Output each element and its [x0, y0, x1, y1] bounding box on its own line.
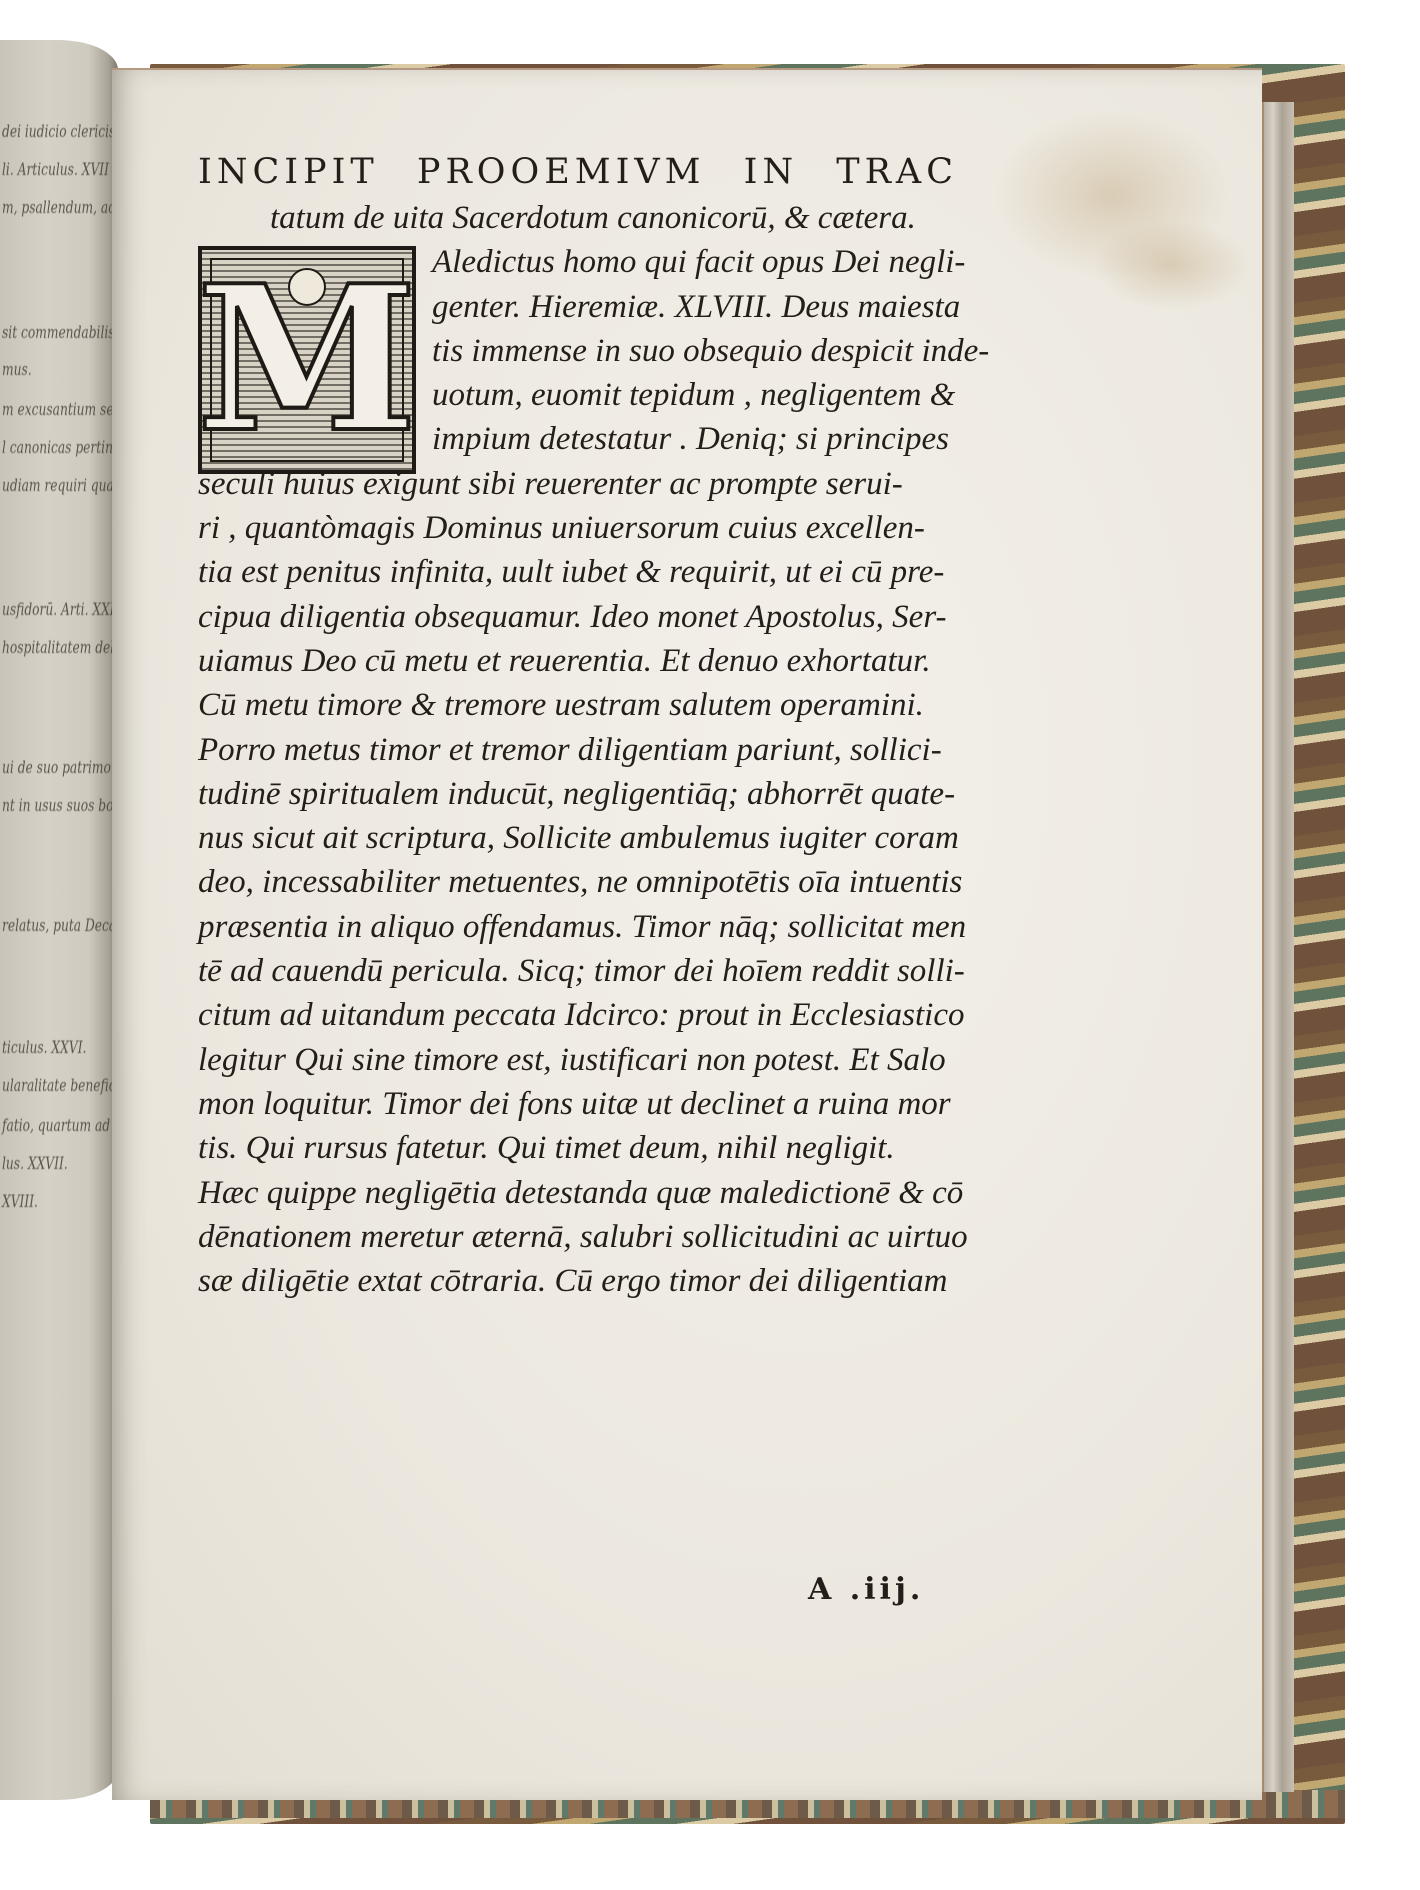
page-heading: INCIPIT PROOEMIVM IN TRAC — [198, 148, 1078, 196]
text-line: legitur Qui sine timore est, iustificari… — [198, 1038, 1078, 1082]
text-line: Hæc quippe negligētia detestanda quæ mal… — [198, 1171, 1078, 1215]
cherub-icon — [288, 268, 326, 306]
left-page-text-fragment: l canonicas pertinen — [2, 438, 118, 458]
initial-paragraph: M Aledictus homo qui facit opus Dei negl… — [198, 240, 1078, 461]
text-line: uiamus Deo cū metu et reuerentia. Et den… — [198, 639, 1078, 683]
text-line: tudinē spiritualem inducūt, negligentiāq… — [198, 772, 1078, 816]
left-page-text-fragment: ularalitate beneficio — [2, 1076, 118, 1096]
text-line: cipua diligentia obsequamur. Ideo monet … — [198, 595, 1078, 639]
left-page-text-fragment: udiam requiri qua — [2, 476, 114, 496]
left-page-text-fragment: hospitalitatem debe — [2, 638, 118, 658]
text-line: dēnationem meretur æternā, salubri solli… — [198, 1215, 1078, 1259]
text-line: citum ad uitandum peccata Idcirco: prout… — [198, 993, 1078, 1037]
text-line: nus sicut ait scriptura, Sollicite ambul… — [198, 816, 1078, 860]
text-line: præsentia in aliquo offendamus. Timor nā… — [198, 905, 1078, 949]
text-line: sæ diligētie extat cōtraria. Cū ergo tim… — [198, 1259, 1078, 1303]
left-page-text-fragment: ui de suo patrimonio — [2, 758, 118, 778]
left-page-text-fragment: relatus, puta Deca — [2, 916, 116, 936]
page-edges — [1262, 102, 1294, 1792]
left-page-text-fragment: usfidorū. Arti. XXI — [2, 600, 115, 620]
left-page-text-fragment: li. Articulus. XVII — [2, 160, 109, 180]
left-facing-page: dei iudicio clericismli. Articulus. XVII… — [0, 40, 118, 1800]
decorated-initial: M — [198, 246, 416, 474]
text-line: Cū metu timore & tremore uestram salutem… — [198, 683, 1078, 727]
signature-mark: A .iij. — [808, 1572, 924, 1607]
left-page-text-fragment: m, psallendum, ac fer — [2, 198, 118, 218]
water-stain — [1092, 220, 1252, 310]
text-line: tia est penitus infinita, uult iubet & r… — [198, 550, 1078, 594]
page-subheading: tatum de uita Sacerdotum canonicorū, & c… — [198, 196, 1078, 240]
left-page-text-fragment: mus. — [2, 360, 32, 380]
text-line: deo, incessabiliter metuentes, ne omnipo… — [198, 860, 1078, 904]
left-page-text-fragment: sit commendabilis, e — [2, 323, 118, 343]
text-line: mon loquitur. Timor dei fons uitæ ut dec… — [198, 1082, 1078, 1126]
left-page-text-fragment: fatio, quartum ad — [2, 1116, 110, 1136]
text-line: Porro metus timor et tremor diligentiam … — [198, 728, 1078, 772]
text-line: tis. Qui rursus fatetur. Qui timet deum,… — [198, 1126, 1078, 1170]
left-page-text-fragment: nt in usus suos bona — [2, 796, 118, 816]
left-page-text-fragment: dei iudicio clericism — [2, 122, 118, 142]
text-line: tē ad cauendū pericula. Sicq; timor dei … — [198, 949, 1078, 993]
left-page-text-fragment: ticulus. XXVI. — [2, 1038, 86, 1058]
left-page-text-fragment: XVIII. — [2, 1192, 38, 1212]
left-page-text-fragment: lus. XXVII. — [2, 1154, 68, 1174]
text-line: ri , quantòmagis Dominus uniuersorum cui… — [198, 506, 1078, 550]
left-page-text-fragment: m excusantium se ab — [2, 400, 118, 420]
text-block: INCIPIT PROOEMIVM IN TRAC tatum de uita … — [198, 148, 1078, 1303]
